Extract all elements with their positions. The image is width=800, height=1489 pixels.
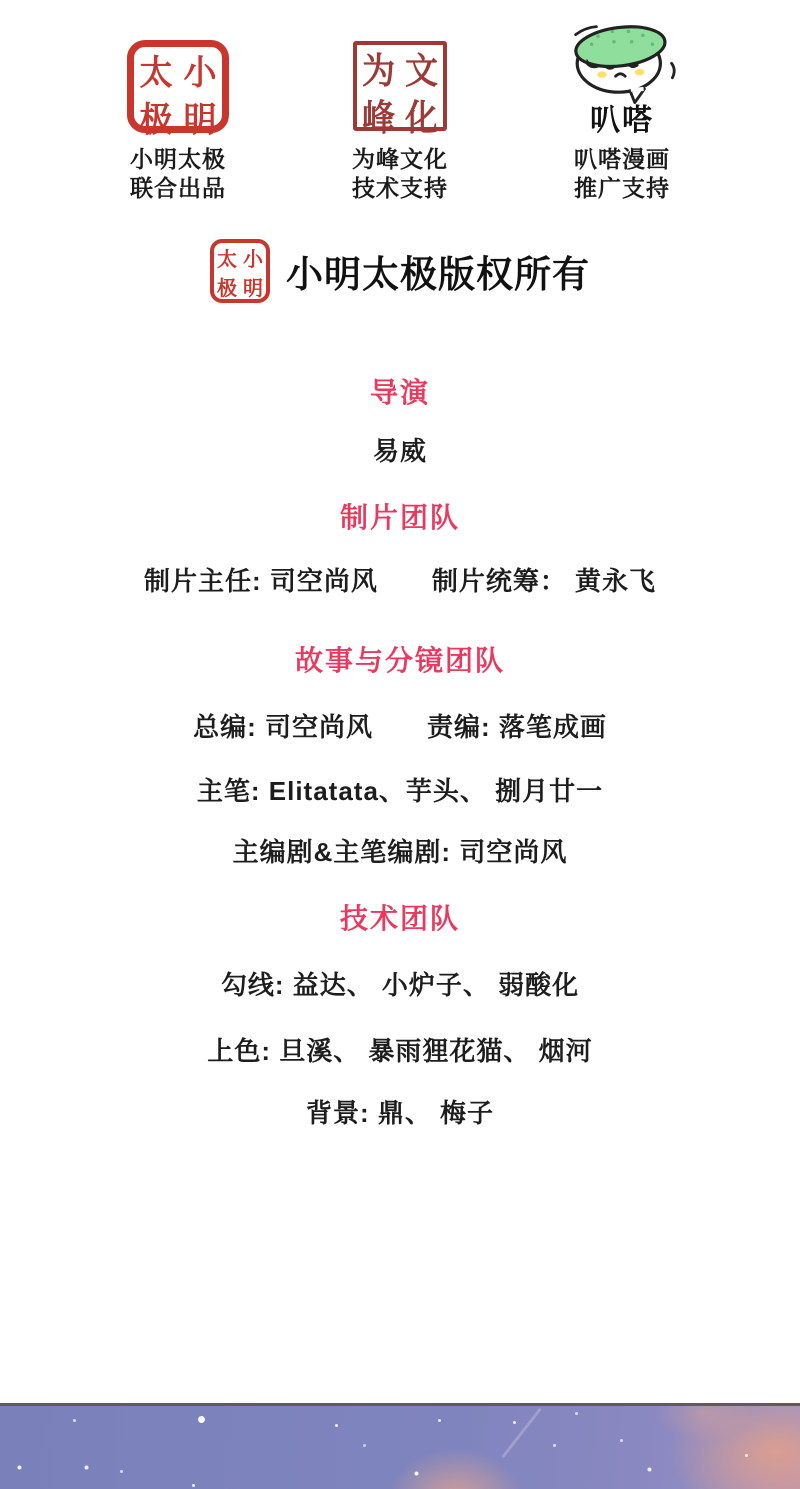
xiaoming-taiji-logo-area: 太 小 极 明 (127, 25, 229, 137)
section-heading-story-storyboard-team: 故事与分镜团队 (0, 644, 800, 678)
caption-line: 联合出品 (130, 174, 226, 203)
credit-line: 制片主任: 司空尚风 制片统筹： 黄永飞 (0, 564, 800, 598)
seal-char: 小 (243, 243, 263, 272)
section-heading-technical-team: 技术团队 (0, 902, 800, 936)
sky-image (0, 1403, 800, 1489)
caption-line: 技术支持 (352, 174, 448, 203)
xiaoming-taiji-seal-icon-small: 太 小 极 明 (210, 239, 270, 303)
sky-stars (0, 1406, 3, 1409)
bada-logo-area: 叭嗒 (558, 25, 686, 137)
credit-line: 易威 (0, 434, 800, 468)
seal-char: 明 (243, 272, 263, 301)
partner-xiaoming-taiji: 太 小 极 明 小明太极 联合出品 (103, 25, 253, 203)
credit-line: 主编剧&主笔编剧: 司空尚风 (0, 835, 800, 869)
partner-caption: 小明太极 联合出品 (130, 145, 226, 203)
credit-line: 总编: 司空尚风 责编: 落笔成画 (0, 710, 800, 744)
partner-caption: 叭嗒漫画 推广支持 (574, 145, 670, 203)
credit-line: 背景: 鼎、 梅子 (0, 1096, 800, 1130)
bada-mascot-icon (558, 25, 686, 105)
seal-char: 化 (405, 90, 438, 141)
credit-line: 主笔: Elitatata、芋头、 捌月廿一 (0, 774, 800, 808)
caption-line: 小明太极 (130, 145, 226, 174)
copyright-text: 小明太极版权所有 (286, 244, 590, 298)
seal-char: 太 (140, 46, 173, 95)
section-heading-director: 导演 (0, 376, 800, 410)
seal-char: 明 (184, 93, 217, 142)
weifeng-logo-area: 为 文 峰 化 (353, 25, 447, 137)
credits-list: 导演 易威 制片团队 制片主任: 司空尚风 制片统筹： 黄永飞 故事与分镜团队 … (0, 376, 800, 1130)
partner-weifeng-culture: 为 文 峰 化 为峰文化 技术支持 (325, 25, 475, 203)
credit-line: 上色: 旦溪、 暴雨狸花猫、 烟河 (0, 1034, 800, 1068)
caption-line: 叭嗒漫画 (574, 145, 670, 174)
seal-char: 峰 (362, 90, 395, 141)
partner-bada-comics: 叭嗒 叭嗒漫画 推广支持 (547, 25, 697, 203)
weifeng-culture-seal-icon: 为 文 峰 化 (353, 41, 447, 131)
section-heading-production-team: 制片团队 (0, 501, 800, 535)
bada-wordmark: 叭嗒 (590, 105, 654, 137)
caption-line: 为峰文化 (352, 145, 448, 174)
seal-char: 文 (405, 43, 438, 94)
caption-line: 推广支持 (574, 174, 670, 203)
seal-char: 小 (184, 46, 217, 95)
xiaoming-taiji-seal-icon: 太 小 极 明 (127, 40, 229, 133)
seal-char: 极 (140, 93, 173, 142)
partner-logos-row: 太 小 极 明 小明太极 联合出品 为 文 峰 化 (0, 0, 800, 203)
sky-light-streak (501, 1408, 542, 1459)
partner-caption: 为峰文化 技术支持 (352, 145, 448, 203)
credit-line: 勾线: 益达、 小炉子、 弱酸化 (0, 968, 800, 1002)
seal-char: 极 (217, 272, 237, 301)
copyright-row: 太 小 极 明 小明太极版权所有 (0, 239, 800, 303)
credits-page: 太 小 极 明 小明太极 联合出品 为 文 峰 化 (0, 0, 800, 1489)
seal-char: 为 (362, 43, 395, 94)
seal-char: 太 (217, 243, 237, 272)
